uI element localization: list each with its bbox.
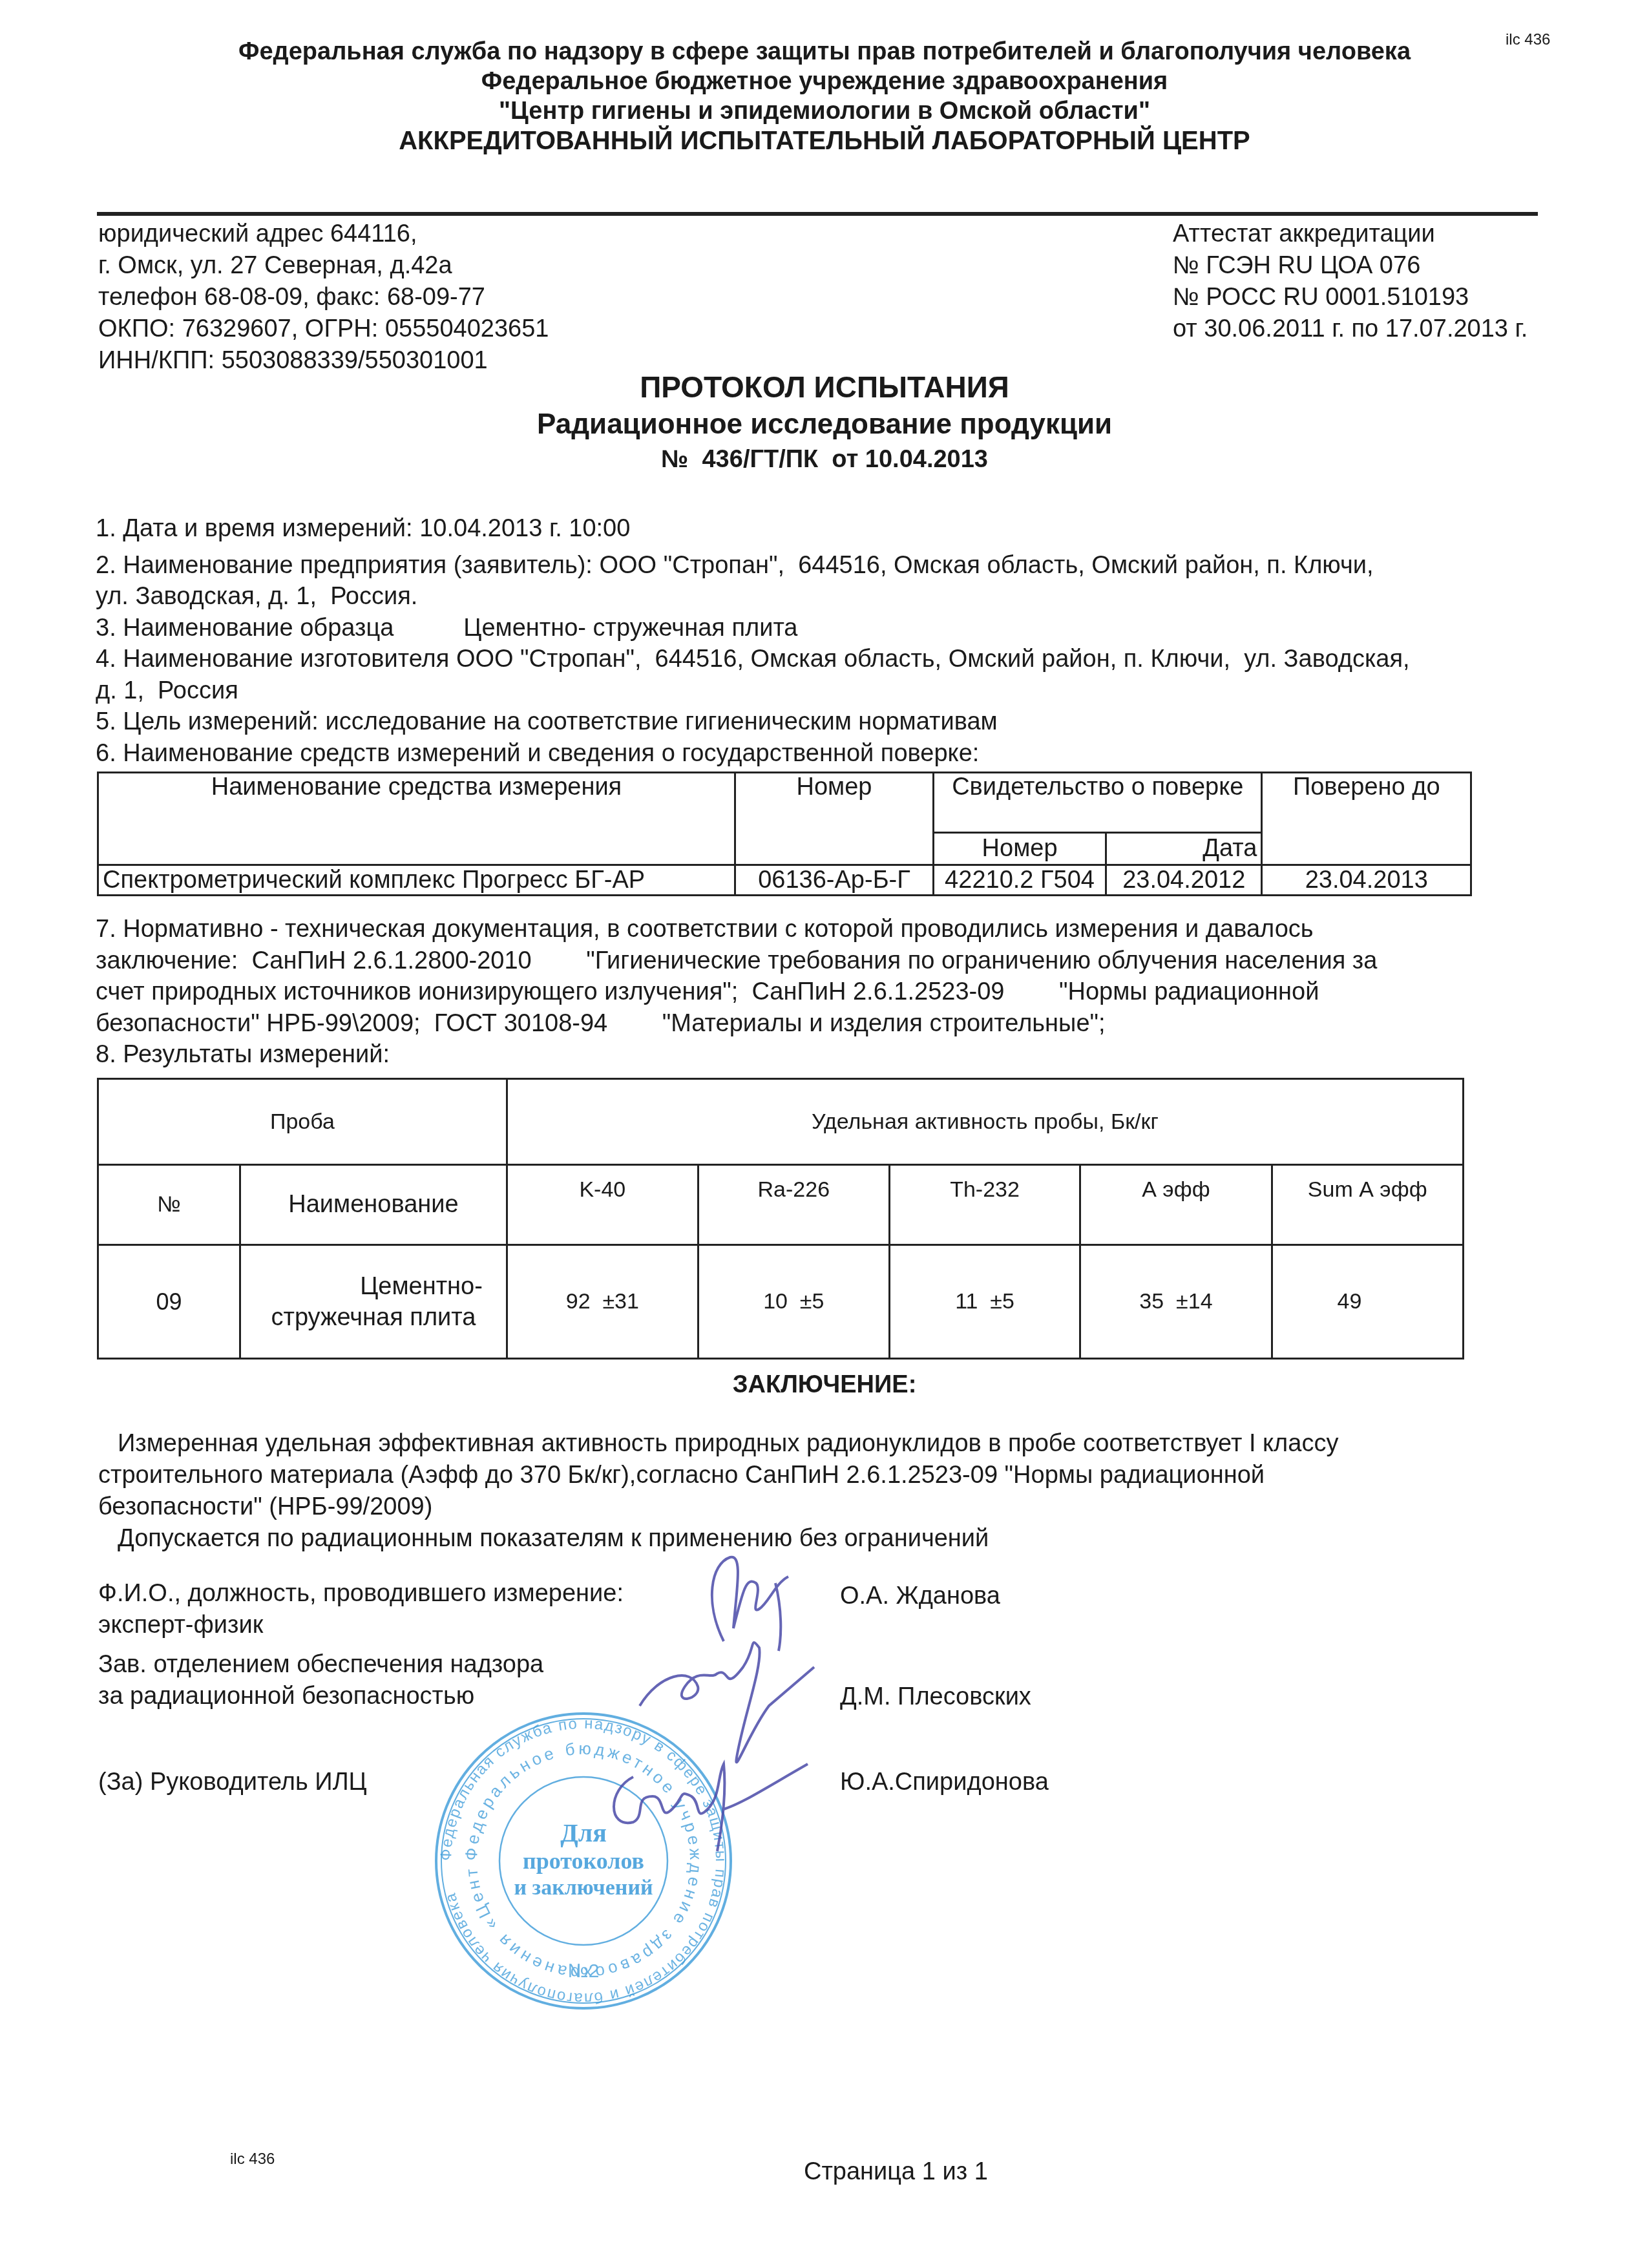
protocol-title: ПРОТОКОЛ ИСПЫТАНИЯ <box>0 370 1649 404</box>
cell-k40: 92 ±31 <box>507 1245 698 1359</box>
item-instruments: 6. Наименование средств измерений и свед… <box>96 738 1556 770</box>
col-k40: K-40 <box>507 1165 698 1245</box>
item-manufacturer: 4. Наименование изготовителя ООО "Стропа… <box>96 644 1556 675</box>
conclusion-permission: Допускается по радиационным показателям … <box>98 1523 1559 1555</box>
conclusion-line: безопасности" (НРБ-99/2009) <box>98 1491 1559 1523</box>
signature-role-line: Ф.И.О., должность, проводившего измерени… <box>98 1578 624 1610</box>
item-regulations-cont: заключение: СанПиН 2.6.1.2800-2010 "Гиги… <box>96 945 1556 977</box>
cell-ra226: 10 ±5 <box>698 1245 889 1359</box>
table-header-row: Наименование средства измерения Номер Св… <box>98 773 1471 833</box>
item-sample-label: 3. Наименование образца <box>96 614 394 642</box>
signature-role-1: Ф.И.О., должность, проводившего измерени… <box>98 1578 624 1641</box>
signature-name-1: О.А. Жданова <box>840 1580 1000 1612</box>
col-cert-date: Дата <box>1106 832 1262 865</box>
signature-role-line: эксперт-физик <box>98 1610 624 1641</box>
col-sum-a-eff: Sum А эфф <box>1272 1165 1463 1245</box>
conclusion-text: Измеренная удельная эффективная активнос… <box>98 1428 1559 1555</box>
cell-instrument-name: Спектрометрический комплекс Прогресс БГ-… <box>98 865 735 896</box>
cell-th232: 11 ±5 <box>889 1245 1080 1359</box>
corner-tag: ilc 436 <box>1506 31 1550 49</box>
accreditation-line: № ГСЭН RU ЦОА 076 <box>1173 250 1528 282</box>
accreditation-line: № РОСС RU 0001.510193 <box>1173 282 1528 313</box>
col-certificate: Свидетельство о поверке <box>934 773 1262 833</box>
item-results: 8. Результаты измерений: <box>96 1039 1556 1071</box>
header-divider <box>97 212 1538 216</box>
legal-address-block: юридический адрес 644116, г. Омск, ул. 2… <box>98 218 549 377</box>
accreditation-block: Аттестат аккредитации № ГСЭН RU ЦОА 076 … <box>1173 218 1528 345</box>
col-verified-until: Поверено до <box>1262 773 1471 865</box>
signature-name-3: Ю.А.Спиридонова <box>840 1767 1049 1798</box>
cell-name-line2: стружечная плита <box>245 1302 502 1333</box>
conclusion-line: строительного материала (Аэфф до 370 Бк/… <box>98 1460 1559 1491</box>
col-th232: Th-232 <box>889 1165 1080 1245</box>
accreditation-line: от 30.06.2011 г. по 17.07.2013 г. <box>1173 313 1528 345</box>
footer-tag: ilc 436 <box>230 2150 275 2168</box>
cell-cert-number: 42210.2 Г504 <box>934 865 1106 896</box>
col-group-sample: Проба <box>98 1079 507 1165</box>
signature-name-2: Д.М. Плесовских <box>840 1681 1031 1713</box>
table-group-header-row: Проба Удельная активность пробы, Бк/кг <box>98 1079 1464 1165</box>
item-applicant-cont: ул. Заводская, д. 1, Россия. <box>96 581 1556 613</box>
conclusion-title: ЗАКЛЮЧЕНИЕ: <box>0 1371 1649 1399</box>
svg-text:и заключений: и заключений <box>514 1876 653 1900</box>
col-ra226: Ra-226 <box>698 1165 889 1245</box>
cell-sum-a-eff: 49 <box>1272 1245 1463 1359</box>
signature-role-line: Зав. отделением обеспечения надзора <box>98 1649 543 1681</box>
item-purpose: 5. Цель измерений: исследование на соотв… <box>96 706 1556 738</box>
results-table: Проба Удельная активность пробы, Бк/кг №… <box>97 1078 1464 1360</box>
instruments-table: Наименование средства измерения Номер Св… <box>97 772 1472 896</box>
item-regulations-cont: безопасности" НРБ-99\2009; ГОСТ 30108-94… <box>96 1008 1556 1040</box>
table-header-row: № Наименование K-40 Ra-226 Th-232 А эфф … <box>98 1165 1464 1245</box>
protocol-number: № 436/ГТ/ПК от 10.04.2013 <box>0 446 1649 474</box>
table-row: Спектрометрический комплекс Прогресс БГ-… <box>98 865 1471 896</box>
item-sample-value: Цементно- стружечная плита <box>463 614 797 642</box>
header-line-institution: Федеральное бюджетное учреждение здравоо… <box>0 67 1649 96</box>
col-group-activity: Удельная активность пробы, Бк/кг <box>507 1079 1463 1165</box>
signature-role-2: Зав. отделением обеспечения надзора за р… <box>98 1649 543 1712</box>
cell-cert-date: 23.04.2012 <box>1106 865 1262 896</box>
item-sample-name: 3. Наименование образцаЦементно- стружеч… <box>96 613 1556 644</box>
col-a-eff: А эфф <box>1080 1165 1272 1245</box>
address-line: ОКПО: 76329607, ОГРН: 055504023651 <box>98 313 549 345</box>
cell-a-eff: 35 ±14 <box>1080 1245 1272 1359</box>
col-cert-number: Номер <box>934 832 1106 865</box>
header-line-lab: АККРЕДИТОВАННЫЙ ИСПЫТАТЕЛЬНЫЙ ЛАБОРАТОРН… <box>0 127 1649 155</box>
address-line: г. Омск, ул. 27 Северная, д.42а <box>98 250 549 282</box>
header-line-agency: Федеральная служба по надзору в сфере за… <box>0 37 1649 66</box>
protocol-items: 1. Дата и время измерений: 10.04.2013 г.… <box>96 513 1556 769</box>
protocol-items-cont: 7. Нормативно - техническая документация… <box>96 914 1556 1071</box>
address-line: юридический адрес 644116, <box>98 218 549 250</box>
item-applicant: 2. Наименование предприятия (заявитель):… <box>96 550 1556 582</box>
address-line: телефон 68-08-09, факс: 68-09-77 <box>98 282 549 313</box>
col-name: Наименование <box>240 1165 507 1245</box>
conclusion-line: Измеренная удельная эффективная активнос… <box>98 1428 1559 1460</box>
item-measurement-date: 1. Дата и время измерений: 10.04.2013 г.… <box>96 513 1556 545</box>
signature-role-3: (За) Руководитель ИЛЦ <box>98 1767 367 1798</box>
item-regulations: 7. Нормативно - техническая документация… <box>96 914 1556 945</box>
item-regulations-cont: счет природных источников ионизирующего … <box>96 976 1556 1008</box>
accreditation-line: Аттестат аккредитации <box>1173 218 1528 250</box>
table-row: 09 Цементно- стружечная плита 92 ±31 10 … <box>98 1245 1464 1359</box>
cell-name-line1: Цементно- <box>245 1271 502 1302</box>
page-indicator: Страница 1 из 1 <box>804 2158 988 2186</box>
protocol-subtitle: Радиационное исследование продукции <box>0 408 1649 441</box>
cell-name: Цементно- стружечная плита <box>240 1245 507 1359</box>
cell-number: 09 <box>98 1245 240 1359</box>
item-manufacturer-cont: д. 1, Россия <box>96 675 1556 707</box>
cell-verified-until: 23.04.2013 <box>1262 865 1471 896</box>
col-instrument-name: Наименование средства измерения <box>98 773 735 865</box>
col-instrument-number: Номер <box>735 773 933 865</box>
signature-ink-3-icon <box>594 1738 814 1854</box>
header-line-center: "Центр гигиены и эпидемиологии в Омской … <box>0 97 1649 125</box>
cell-instrument-number: 06136-Ар-Б-Г <box>735 865 933 896</box>
col-number: № <box>98 1165 240 1245</box>
stamp-number: №2 <box>568 1960 600 1982</box>
